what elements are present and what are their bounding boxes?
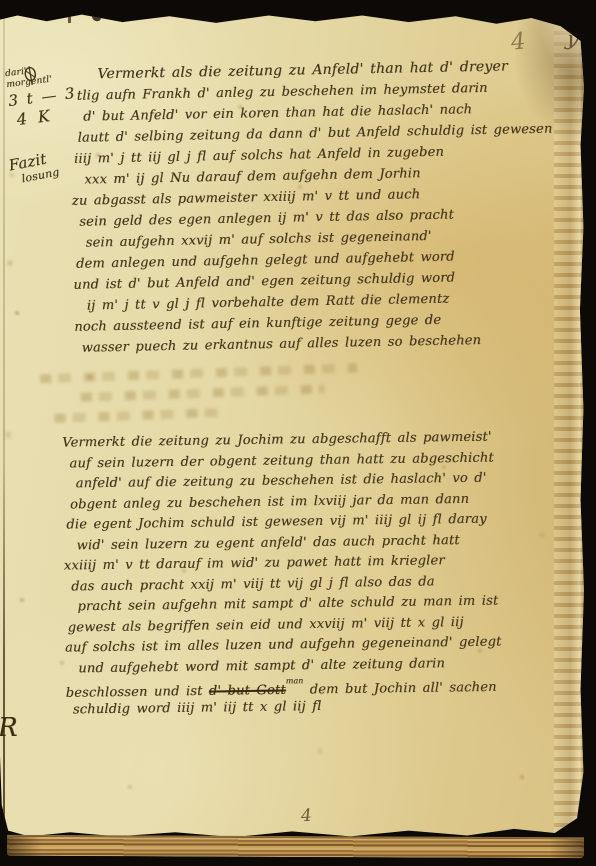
manuscript-page: 4 y dari'morgentl'3 t — 34 K Fazitlosung… bbox=[0, 13, 584, 838]
manuscript-paragraph-1: Vermerkt als die zeitung zu Anfeld' than… bbox=[69, 55, 581, 359]
ink-blot bbox=[91, 13, 102, 23]
ink-bleedthrough bbox=[27, 363, 359, 434]
folio-number-bottom: 4 bbox=[300, 806, 312, 827]
left-edge-letter: R bbox=[0, 713, 18, 743]
margin-note-mid: Fazitlosung bbox=[7, 149, 60, 190]
folio-number-top: 4 bbox=[510, 28, 527, 55]
archive-photo-background: 4 y dari'morgentl'3 t — 34 K Fazitlosung… bbox=[0, 0, 596, 866]
bleedthrough-line bbox=[42, 408, 224, 423]
manuscript-paragraph-2: Vermerkt die zeitung zu Jochim zu abgesc… bbox=[62, 426, 578, 720]
foxing-spots bbox=[0, 13, 4, 17]
book-page-stack-edge bbox=[7, 835, 584, 859]
bleedthrough-line bbox=[27, 363, 357, 384]
bleedthrough-line bbox=[67, 384, 325, 402]
ink-blot bbox=[68, 13, 71, 23]
margin-notes-top: dari'morgentl'3 t — 34 K bbox=[4, 61, 78, 131]
